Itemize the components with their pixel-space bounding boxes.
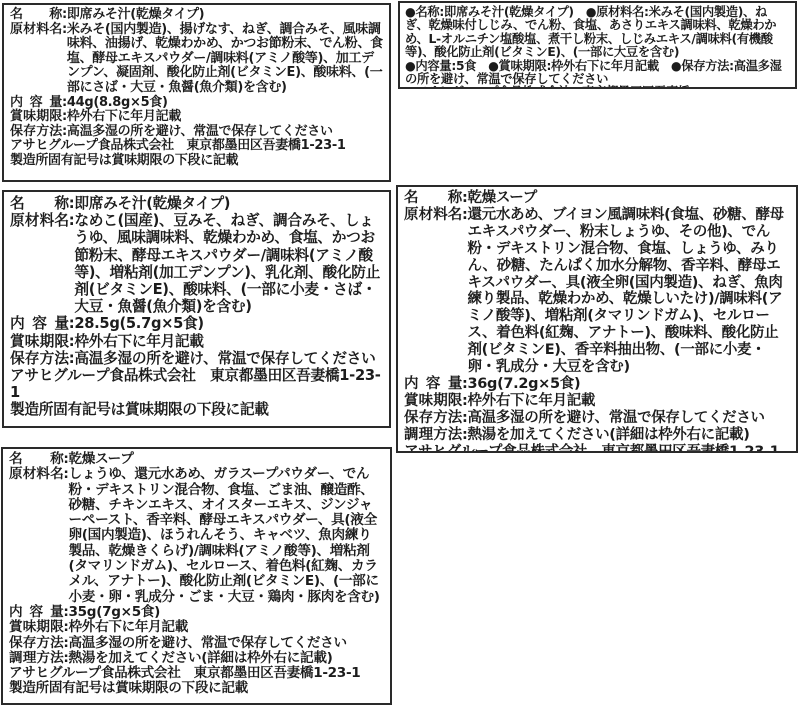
field-label: 保存方法 [404,410,462,427]
field-row-name: 名称 : 乾燥スープ [9,452,384,467]
field-label: 内容量 [404,376,462,393]
field-value: 28.5g(5.7g×5食) [74,315,383,332]
inline-label-paragraph: ●名称:即席みそ汁(乾燥タイプ) ●原材料名:米みそ(国内製造)、ねぎ、乾燥味付… [405,6,790,60]
field-value: 乾燥スープ [69,452,384,467]
field-label: 調理方法 [404,427,462,444]
field-label: 保存方法 [10,350,69,367]
field-value: 即席みそ汁(乾燥タイプ) [74,195,383,212]
field-value: 米みそ(国内製造)、揚げなす、ねぎ、調合みそ、風味調味料、油揚げ、乾燥わかめ、か… [67,23,383,96]
label-panel-instant-miso-a: 名称 : 即席みそ汁(乾燥タイプ) 原材料名 : 米みそ(国内製造)、揚げなす、… [2,3,391,182]
field-label: 賞味期限 [10,110,62,125]
field-row-storage: 保存方法 : 高温多湿の所を避け、常温で保存してください [9,636,384,651]
field-row-net-content: 内容量 : 28.5g(5.7g×5食) [10,315,383,332]
field-row-name: 名称 : 即席みそ汁(乾燥タイプ) [10,8,383,23]
field-label: 賞味期限 [404,393,462,410]
field-row-best-before: 賞味期限 : 枠外右下に年月記載 [9,620,384,635]
product-label-sheet: 名称 : 即席みそ汁(乾燥タイプ) 原材料名 : 米みそ(国内製造)、揚げなす、… [0,0,800,707]
field-label: 原材料名 [404,207,462,224]
field-label: 保存方法 [9,636,63,651]
field-row-storage: 保存方法 : 高温多湿の所を避け、常温で保存してください [10,350,383,367]
field-label: 賞味期限 [10,333,69,350]
field-label: 原材料名 [9,467,63,482]
field-value: 36g(7.2g×5食) [467,376,790,393]
field-row-name: 名称 : 乾燥スープ [404,190,790,207]
field-row-best-before: 賞味期限 : 枠外右下に年月記載 [10,333,383,350]
field-label: 内容量 [10,315,69,332]
field-value: 枠外右下に年月記載 [67,110,383,125]
manufacturer-line: アサヒグループ食品株式会社 東京都墨田区吾妻橋1-23-1 [10,367,383,401]
field-row-net-content: 内容量 : 36g(7.2g×5食) [404,376,790,393]
field-value: 枠外右下に年月記載 [69,620,384,635]
field-value: 35g(7g×5食) [69,605,384,620]
field-row-best-before: 賞味期限 : 枠外右下に年月記載 [10,110,383,125]
field-row-ingredients: 原材料名 : なめこ(国産)、豆みそ、ねぎ、調合みそ、しょうゆ、風味調味料、乾燥… [10,212,383,315]
label-panel-dried-soup-b: 名称 : 乾燥スープ 原材料名 : しょうゆ、還元水あめ、ガラスープパウダー、で… [1,447,392,705]
manufacturer-line: アサヒグループ食品株式会社 東京都墨田区吾妻橋1-23-1 [10,139,383,154]
label-panel-nameko-miso: 名称 : 即席みそ汁(乾燥タイプ) 原材料名 : なめこ(国産)、豆みそ、ねぎ、… [2,190,391,428]
field-label: 名称 [9,452,63,467]
field-row-ingredients: 原材料名 : 還元水あめ、ブイヨン風調味料(食塩、砂糖、酵母エキスパウダー、粉末… [404,207,790,376]
field-value: 枠外右下に年月記載 [467,393,790,410]
field-row-name: 名称 : 即席みそ汁(乾燥タイプ) [10,195,383,212]
field-value: 44g(8.8g×5食) [67,96,383,111]
field-label: 内容量 [9,605,63,620]
field-value: なめこ(国産)、豆みそ、ねぎ、調合みそ、しょうゆ、風味調味料、乾燥わかめ、食塩、… [74,212,383,315]
field-value: 高温多湿の所を避け、常温で保存してください [74,350,383,367]
field-row-preparation: 調理方法 : 熱湯を加えてください(詳細は枠外右に記載) [404,427,790,444]
field-label: 名称 [10,195,69,212]
field-label: 名称 [10,8,62,23]
field-value: 熱湯を加えてください(詳細は枠外右に記載) [69,651,384,666]
factory-code-line: 製造所固有記号は賞味期限の下段に記載 [10,154,383,169]
field-row-preparation: 調理方法 : 熱湯を加えてください(詳細は枠外右に記載) [9,651,384,666]
field-row-storage: 保存方法 : 高温多湿の所を避け、常温で保存してください [404,410,790,427]
field-label: 名称 [404,190,462,207]
field-row-best-before: 賞味期限 : 枠外右下に年月記載 [404,393,790,410]
field-value: 熱湯を加えてください(詳細は枠外右に記載) [467,427,790,444]
field-row-net-content: 内容量 : 35g(7g×5食) [9,605,384,620]
field-label: 調理方法 [9,651,63,666]
field-label: 原材料名 [10,23,62,38]
manufacturer-line: ●アサヒグループ食品株式会社 東京都墨田区吾妻橋1-23-1 [405,86,790,89]
field-label: 原材料名 [10,212,69,229]
manufacturer-line: アサヒグループ食品株式会社 東京都墨田区吾妻橋1-23-1 [404,444,790,453]
field-row-ingredients: 原材料名 : 米みそ(国内製造)、揚げなす、ねぎ、調合みそ、風味調味料、油揚げ、… [10,23,383,96]
field-value: しょうゆ、還元水あめ、ガラスープパウダー、でん粉・デキストリン混合物、食塩、ごま… [69,467,384,605]
field-value: 高温多湿の所を避け、常温で保存してください [467,410,790,427]
factory-code-line: 製造所固有記号は賞味期限の下段に記載 [9,681,384,696]
field-label: 賞味期限 [9,620,63,635]
field-label: 内容量 [10,96,62,111]
field-value: 即席みそ汁(乾燥タイプ) [67,8,383,23]
field-value: 枠外右下に年月記載 [74,333,383,350]
inline-label-paragraph: ●内容量:5食 ●賞味期限:枠外右下に年月記載 ●保存方法:高温多湿の所を避け、… [405,60,790,87]
field-value: 還元水あめ、ブイヨン風調味料(食塩、砂糖、酵母エキスパウダー、粉末しょうゆ、その… [467,207,790,376]
factory-code-line: 製造所固有記号は賞味期限の下段に記載 [10,401,383,418]
field-value: 乾燥スープ [467,190,790,207]
field-value: 高温多湿の所を避け、常温で保存してください [69,636,384,651]
label-panel-shijimi-miso: ●名称:即席みそ汁(乾燥タイプ) ●原材料名:米みそ(国内製造)、ねぎ、乾燥味付… [398,1,797,89]
field-row-ingredients: 原材料名 : しょうゆ、還元水あめ、ガラスープパウダー、でん粉・デキストリン混合… [9,467,384,605]
field-row-net-content: 内容量 : 44g(8.8g×5食) [10,96,383,111]
label-panel-dried-soup-a: 名称 : 乾燥スープ 原材料名 : 還元水あめ、ブイヨン風調味料(食塩、砂糖、酵… [396,185,798,453]
